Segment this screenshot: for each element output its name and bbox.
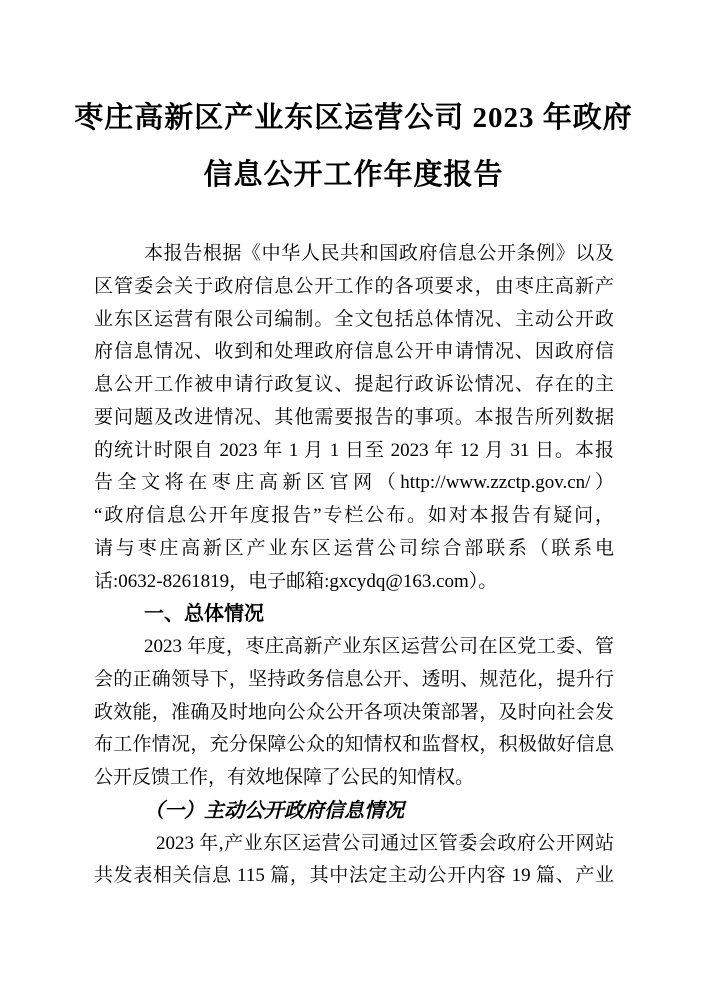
paragraph-line: 府信息情况、收到和处理政府信息公开申请情况、因政府信 (94, 336, 614, 369)
paragraph-line: 共发表相关信息 115 篇，其中法定主动公开内容 19 篇、产业 (94, 860, 614, 893)
paragraph-line: 2023 年,产业东区运营公司通过区管委会政府公开网站 (94, 828, 614, 861)
paragraph-line: 要问题及改进情况、其他需要报告的事项。本报告所列数据 (94, 402, 614, 435)
paragraph-line: 息公开工作被申请行政复议、提起行政诉讼情况、存在的主 (94, 369, 614, 402)
paragraph-line: 业东区运营有限公司编制。全文包括总体情况、主动公开政 (94, 304, 614, 337)
paragraph-line: 2023 年度，枣庄高新产业东区运营公司在区党工委、管委 (94, 631, 614, 664)
document-title: 枣庄高新区产业东区运营公司 2023 年政府 信息公开工作年度报告 (0, 90, 707, 204)
paragraph-line: 话:0632-8261819，电子邮箱:gxcydq@163.com）。 (94, 566, 614, 599)
paragraph-line: 请与枣庄高新区产业东区运营公司综合部联系（联系电 (94, 533, 614, 566)
paragraph-line: 公开反馈工作，有效地保障了公民的知情权。 (94, 762, 614, 795)
paragraph-line: 的统计时限自 2023 年 1 月 1 日至 2023 年 12 月 31 日。… (94, 435, 614, 468)
subsection-heading: （一）主动公开政府信息情况 (94, 795, 614, 828)
paragraph-line: 告全文将在枣庄高新区官网（http://www.zzctp.gov.cn/） (94, 467, 614, 500)
paragraph-line: 会的正确领导下，坚持政务信息公开、透明、规范化，提升行 (94, 664, 614, 697)
paragraph-line: 布工作情况，充分保障公众的知情权和监督权，积极做好信息 (94, 729, 614, 762)
paragraph-line: 本报告根据《中华人民共和国政府信息公开条例》以及 (94, 238, 614, 271)
paragraph-line: 政效能，准确及时地向公众公开各项决策部署，及时向社会发 (94, 697, 614, 730)
section-heading: 一、总体情况 (94, 598, 614, 631)
title-line-2: 信息公开工作年度报告 (0, 147, 707, 204)
title-line-1: 枣庄高新区产业东区运营公司 2023 年政府 (0, 90, 707, 147)
document-page: 枣庄高新区产业东区运营公司 2023 年政府 信息公开工作年度报告 本报告根据《… (0, 0, 707, 999)
paragraph-line: “政府信息公开年度报告”专栏公布。如对本报告有疑问， (94, 500, 614, 533)
document-body: 本报告根据《中华人民共和国政府信息公开条例》以及区管委会关于政府信息公开工作的各… (94, 238, 614, 893)
paragraph-line: 区管委会关于政府信息公开工作的各项要求，由枣庄高新产 (94, 271, 614, 304)
